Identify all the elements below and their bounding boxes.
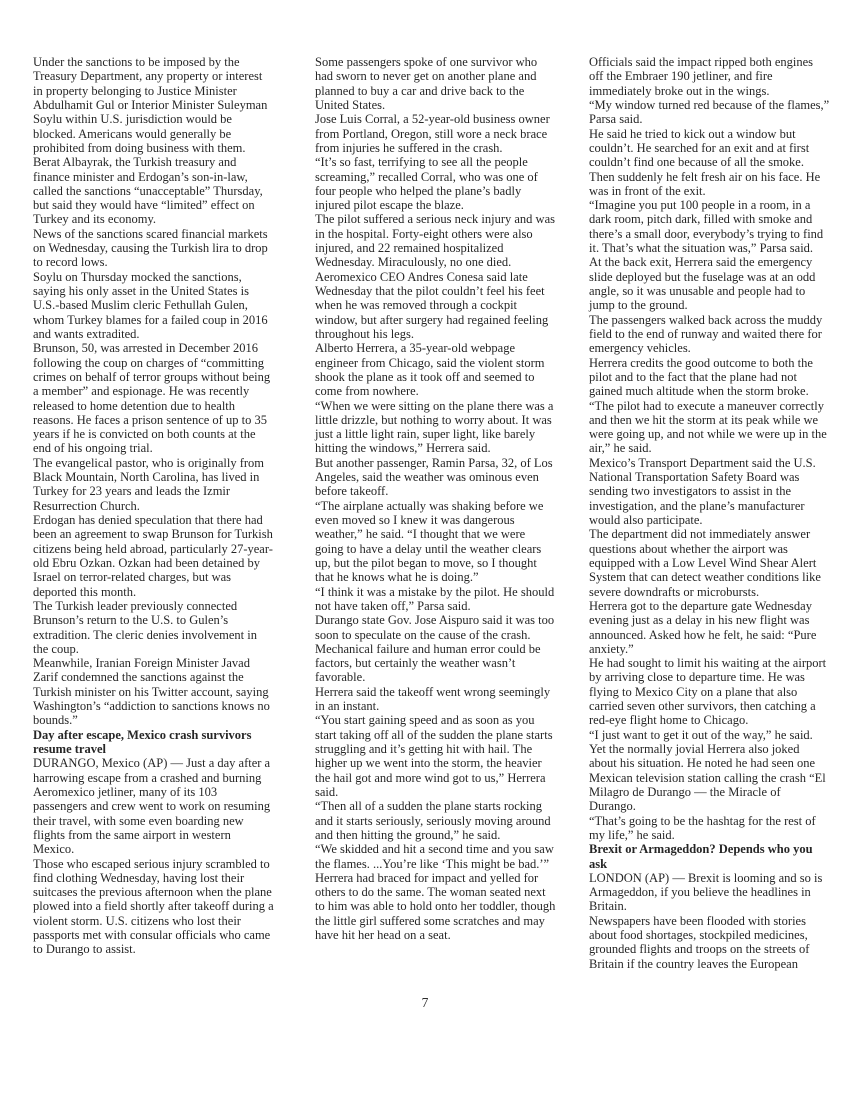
paragraph: “When we were sitting on the plane there… bbox=[315, 399, 556, 456]
paragraph: He had sought to limit his waiting at th… bbox=[589, 656, 830, 728]
paragraph: The passengers walked back across the mu… bbox=[589, 313, 830, 356]
column-3: Officials said the impact ripped both en… bbox=[589, 55, 830, 971]
paragraph: The pilot suffered a serious neck injury… bbox=[315, 212, 556, 269]
paragraph: But another passenger, Ramin Parsa, 32, … bbox=[315, 456, 556, 499]
paragraph: “The airplane actually was shaking befor… bbox=[315, 499, 556, 585]
document-page: Under the sanctions to be imposed by the… bbox=[0, 0, 850, 1099]
page-number: 7 bbox=[0, 995, 850, 1011]
paragraph: Newspapers have been flooded with storie… bbox=[589, 914, 830, 971]
paragraph: Meanwhile, Iranian Foreign Minister Java… bbox=[33, 656, 274, 728]
paragraph: “My window turned red because of the fla… bbox=[589, 98, 830, 127]
paragraph: Jose Luis Corral, a 52-year-old business… bbox=[315, 112, 556, 155]
paragraph: Aeromexico CEO Andres Conesa said late W… bbox=[315, 270, 556, 342]
paragraph: Berat Albayrak, the Turkish treasury and… bbox=[33, 155, 274, 227]
paragraph: “I think it was a mistake by the pilot. … bbox=[315, 585, 556, 614]
paragraph: Some passengers spoke of one survivor wh… bbox=[315, 55, 556, 112]
paragraph: Those who escaped serious injury scrambl… bbox=[33, 857, 274, 957]
paragraph: The evangelical pastor, who is originall… bbox=[33, 456, 274, 513]
paragraph: Yet the normally jovial Herrera also jok… bbox=[589, 742, 830, 814]
paragraph: DURANGO, Mexico (AP) — Just a day after … bbox=[33, 756, 274, 856]
paragraph: Herrera said the takeoff went wrong seem… bbox=[315, 685, 556, 714]
paragraph: Under the sanctions to be imposed by the… bbox=[33, 55, 274, 155]
paragraph: Durango state Gov. Jose Aispuro said it … bbox=[315, 613, 556, 685]
paragraph: Soylu on Thursday mocked the sanctions, … bbox=[33, 270, 274, 342]
paragraph: “The pilot had to execute a maneuver cor… bbox=[589, 399, 830, 456]
paragraph: Herrera credits the good outcome to both… bbox=[589, 356, 830, 399]
paragraph: “Imagine you put 100 people in a room, i… bbox=[589, 198, 830, 255]
paragraph: Erdogan has denied speculation that ther… bbox=[33, 513, 274, 599]
paragraph: “I just want to get it out of the way,” … bbox=[589, 728, 830, 742]
paragraph: “That’s going to be the hashtag for the … bbox=[589, 814, 830, 843]
paragraph: “You start gaining speed and as soon as … bbox=[315, 713, 556, 799]
column-2: Some passengers spoke of one survivor wh… bbox=[315, 55, 556, 942]
paragraph: “Then all of a sudden the plane starts r… bbox=[315, 799, 556, 842]
article-heading: Brexit or Armageddon? Depends who you as… bbox=[589, 842, 830, 871]
paragraph: Officials said the impact ripped both en… bbox=[589, 55, 830, 98]
paragraph: The department did not immediately answe… bbox=[589, 527, 830, 599]
paragraph: Alberto Herrera, a 35-year-old webpage e… bbox=[315, 341, 556, 398]
paragraph: LONDON (AP) — Brexit is looming and so i… bbox=[589, 871, 830, 914]
column-1: Under the sanctions to be imposed by the… bbox=[33, 55, 274, 957]
paragraph: Brunson, 50, was arrested in December 20… bbox=[33, 341, 274, 456]
paragraph: He said he tried to kick out a window bu… bbox=[589, 127, 830, 199]
paragraph: At the back exit, Herrera said the emerg… bbox=[589, 255, 830, 312]
paragraph: “It’s so fast, terrifying to see all the… bbox=[315, 155, 556, 212]
paragraph: The Turkish leader previously connected … bbox=[33, 599, 274, 656]
paragraph: Mexico’s Transport Department said the U… bbox=[589, 456, 830, 528]
paragraph: Herrera had braced for impact and yelled… bbox=[315, 871, 556, 943]
paragraph: News of the sanctions scared financial m… bbox=[33, 227, 274, 270]
paragraph: Herrera got to the departure gate Wednes… bbox=[589, 599, 830, 656]
article-heading: Day after escape, Mexico crash survivors… bbox=[33, 728, 274, 757]
paragraph: “We skidded and hit a second time and yo… bbox=[315, 842, 556, 871]
